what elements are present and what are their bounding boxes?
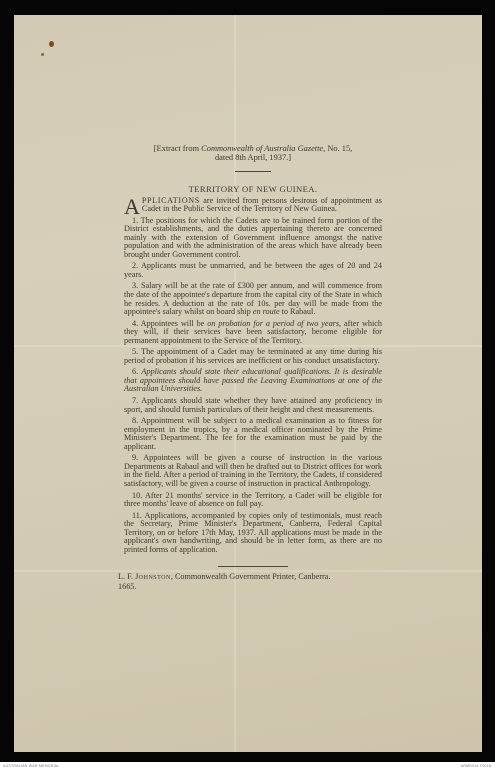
printer-imprint: L. F. Johnston, Commonwealth Government … xyxy=(118,573,390,591)
printer-title: , Commonwealth Government Printer, Canbe… xyxy=(171,572,331,581)
p6-italic: Applicants should state their educationa… xyxy=(124,367,382,393)
rust-stain xyxy=(49,41,54,47)
archive-reference: ARMD016 T0016 xyxy=(461,764,491,768)
paragraph-2: 2. Applicants must be unmarried, and be … xyxy=(124,262,382,279)
extract-heading: [Extract from Commonwealth of Australia … xyxy=(116,144,390,162)
paragraph-6: 6. Applicants should state their educati… xyxy=(124,368,382,394)
paragraph-10: 10. After 21 months' service in the Terr… xyxy=(124,492,382,509)
gazette-name: Commonwealth of Australia Gazette xyxy=(201,144,323,153)
drop-cap: A xyxy=(124,198,140,216)
paragraph-8: 8. Appointment will be subject to a medi… xyxy=(124,417,382,451)
paragraph-3: 3. Salary will be at the rate of £300 pe… xyxy=(124,282,382,316)
divider xyxy=(235,171,271,172)
p3-text-end: to Rabaul. xyxy=(280,307,316,316)
paragraph-1: 1. The positions for which the Cadets ar… xyxy=(124,217,382,260)
printer-name: Johnston xyxy=(135,572,171,581)
printer-initials: L. F. xyxy=(118,572,135,581)
rust-stain xyxy=(41,53,44,56)
p3-italic: en route xyxy=(253,307,280,316)
print-number: 1665. xyxy=(118,583,390,592)
gazette-extract: [Extract from Commonwealth of Australia … xyxy=(124,144,382,591)
paragraph-9: 9. Appointees will be given a course of … xyxy=(124,454,382,488)
archive-label: AUSTRALIAN WAR MEMORIAL xyxy=(3,764,60,768)
intro-paragraph: APPLICATIONS are invited from persons de… xyxy=(124,197,382,214)
extract-prefix: [Extract from xyxy=(154,144,201,153)
divider xyxy=(218,566,288,567)
gazette-number: , No. 15, xyxy=(323,144,352,153)
paragraph-5: 5. The appointment of a Cadet may be ter… xyxy=(124,348,382,365)
gazette-date: dated 8th April, 1937.] xyxy=(215,153,291,162)
notice-title: TERRITORY OF NEW GUINEA. xyxy=(124,185,382,194)
paragraph-11: 11. Applications, accompanied by copies … xyxy=(124,512,382,555)
paragraph-4: 4. Appointees will be on probation for a… xyxy=(124,320,382,346)
paragraph-7: 7. Applicants should state whether they … xyxy=(124,397,382,414)
